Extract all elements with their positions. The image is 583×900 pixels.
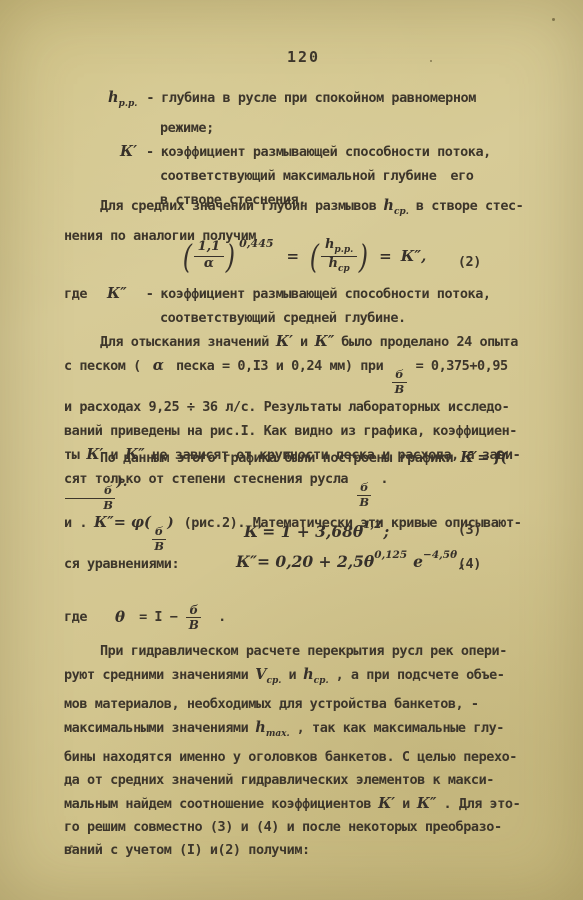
paragraph-line: По данным этого графика были построены г…: [64, 446, 543, 511]
page-number: 120: [64, 48, 543, 66]
text-run: руют средними значениями: [64, 667, 248, 683]
equation-number-2: (2): [458, 254, 481, 270]
paragraph-line: Для средних значений глубин размывовhср.…: [64, 194, 543, 224]
paragraph-line: ваний с учетом (I) и(2) получим:: [64, 839, 543, 862]
exponent-0445: 0,445: [239, 237, 273, 250]
theta-symbol: θ: [115, 608, 125, 626]
h-pp-symbol: hр.р.: [321, 238, 357, 257]
formula-body: = 1 + 3,68: [262, 522, 353, 541]
alpha-sand-symbol: α: [153, 357, 164, 374]
k-prime-symbol: К′: [244, 522, 262, 541]
close-paren: ).: [116, 474, 127, 490]
b-over-B-fraction: бВ: [186, 604, 201, 631]
text-run: коэффициент размывающей способности пото…: [160, 286, 490, 302]
e-symbol: e: [413, 552, 423, 571]
text-run: и: [402, 796, 410, 812]
k-double-prime-result: К″,: [401, 247, 427, 265]
h-avg-symbol: hср: [329, 257, 350, 274]
text-run: Для отыскания значений: [100, 334, 269, 350]
formula-4: К″ = 0,20 + 2,5 θ 0,125 e −4,5θ , (4): [64, 552, 543, 571]
equals-sign: =: [287, 247, 300, 265]
k-double-prime-symbol: К″: [236, 552, 257, 571]
theta-symbol: θ: [364, 552, 374, 571]
text-run: и: [300, 334, 308, 350]
paragraph-where-theta: где θ = I − бВ .: [64, 600, 543, 634]
equals-sign: =: [379, 247, 392, 265]
scanned-document-page: 120 hр.р.-глубина в русле при спокойном …: [0, 0, 583, 900]
open-paren: (: [182, 240, 191, 273]
paragraph-line: го решим совместно (3) и (4) и после нек…: [64, 816, 543, 839]
text-run: песка = 0,I3 и 0,24 мм) при: [176, 358, 383, 374]
text-run: с песком (: [64, 358, 141, 374]
paragraph-where-k2: гдеК″-коэффициент размывающей способност…: [64, 282, 543, 330]
paragraph-line: руют средними значениямиVср.иhср., а при…: [64, 663, 543, 693]
formula-body: = 0,20 + 2,5: [257, 552, 364, 571]
b-over-B-fraction: бВ: [392, 369, 406, 395]
paragraph-line: бины находятся именно у оголовков банкет…: [64, 746, 543, 769]
paragraph-line: максимальными значениямиhmax., так как м…: [64, 716, 543, 746]
k-prime-symbol: К′: [378, 795, 395, 812]
exponent: 0,125: [374, 549, 407, 561]
text-run: мальным найдем соотношение коэффициентов: [64, 796, 371, 812]
close-paren: ): [359, 240, 368, 273]
exponent: 1,2: [363, 519, 381, 531]
text-run: где: [64, 286, 87, 302]
text-run: . Для это-: [443, 796, 520, 812]
k-double-prime-symbol: К″: [107, 285, 127, 302]
definition-text: соответствующий максимальной глубине: [160, 168, 436, 184]
definition-text: его: [450, 168, 473, 184]
fraction-hpp-over-havg: hр.р.hср: [321, 238, 357, 275]
open-paren: (: [310, 240, 319, 273]
paragraph-line: При гидравлическом расчете перекрытия ру…: [64, 640, 543, 663]
k-double-prime-symbol: К″: [315, 333, 335, 350]
formula-4-equation: К″ = 0,20 + 2,5 θ 0,125 e −4,5θ ,: [236, 552, 543, 571]
h-pp-symbol: hр.р.: [108, 89, 137, 106]
paragraph-line: и расходах 9,25 ÷ 36 л/с. Результаты лаб…: [64, 395, 543, 419]
definition-hpp-line1: hр.р.-глубина в русле при спокойном равн…: [64, 86, 543, 116]
formula-3-equation: К′ = 1 + 3,68 θ 1,2 ;: [244, 522, 543, 541]
definition-kprime-line2: соответствующий максимальной глубинеего: [64, 164, 543, 188]
definition-dash: -: [146, 144, 154, 160]
paragraph-line: Для отыскания значенийК′иК″было проделан…: [64, 330, 543, 354]
text-run: = 0,375+0,95: [416, 358, 508, 374]
equation-number-4: (4): [458, 556, 481, 572]
paragraph-final: При гидравлическом расчете перекрытия ру…: [64, 640, 543, 862]
k-double-prime-symbol: К″: [417, 795, 437, 812]
definition-kprime-line1: К′-коэффициент размывающей способности п…: [64, 140, 543, 164]
punctuation: .: [218, 609, 226, 625]
text-run: , а при подсчете объе-: [336, 667, 505, 683]
text-run: Для средних значений глубин размывов: [100, 198, 376, 214]
paragraph-line: соответствующий средней глубине.: [64, 306, 543, 330]
text-run: По данным этого графика были построены г…: [100, 450, 453, 466]
h-avg-symbol: hср.: [383, 197, 408, 214]
text-run: было проделано 24 опыта: [341, 334, 518, 350]
v-avg-symbol: Vср.: [255, 666, 281, 683]
equation-number-3: (3): [458, 522, 481, 538]
paragraph-line: да от средних значений гидравлических эл…: [64, 769, 543, 792]
text-run: = I −: [139, 609, 177, 625]
text-run: , так как максимальные глу-: [297, 720, 504, 736]
fraction-1-1-over-alpha: 1,1α: [194, 240, 225, 272]
paragraph-line: мов материалов, необходимых для устройст…: [64, 693, 543, 716]
definition-hpp-line2: режиме;: [64, 116, 543, 140]
definition-dash: -: [146, 286, 154, 302]
punctuation: ;: [384, 522, 390, 541]
b-over-B-fraction: бВ: [65, 485, 115, 511]
text-run: где: [64, 609, 87, 625]
formula-3: К′ = 1 + 3,68 θ 1,2 ; (3): [64, 522, 543, 541]
paragraph-line: гдеК″-коэффициент размывающей способност…: [64, 282, 543, 306]
definition-text: коэффициент размывающей способности пото…: [161, 144, 491, 160]
paragraph-line: мальным найдем соотношение коэффициентов…: [64, 792, 543, 816]
k-prime-symbol: К′: [276, 333, 293, 350]
text-run: в створе стес-: [416, 198, 524, 214]
text-run: и: [288, 667, 296, 683]
h-avg-symbol: hср.: [303, 666, 328, 683]
text-run: максимальными значениями: [64, 720, 248, 736]
paragraph-line: с песком (αпеска = 0,I3 и 0,24 мм) прибВ…: [64, 354, 543, 395]
h-max-symbol: hmax.: [255, 719, 289, 736]
close-paren: ): [226, 240, 235, 273]
theta-symbol: θ: [353, 522, 363, 541]
k-prime-function: К′= f(: [460, 449, 507, 466]
definition-text: глубина в русле при спокойном равномерно…: [161, 90, 476, 106]
e-exponent: −4,5θ: [423, 549, 457, 561]
paper-speckle: [552, 18, 555, 21]
paragraph-line: ваний приведены на рис.I. Как видно из г…: [64, 419, 543, 443]
k-prime-symbol: К′: [120, 143, 137, 160]
definition-dash: -: [146, 90, 154, 106]
